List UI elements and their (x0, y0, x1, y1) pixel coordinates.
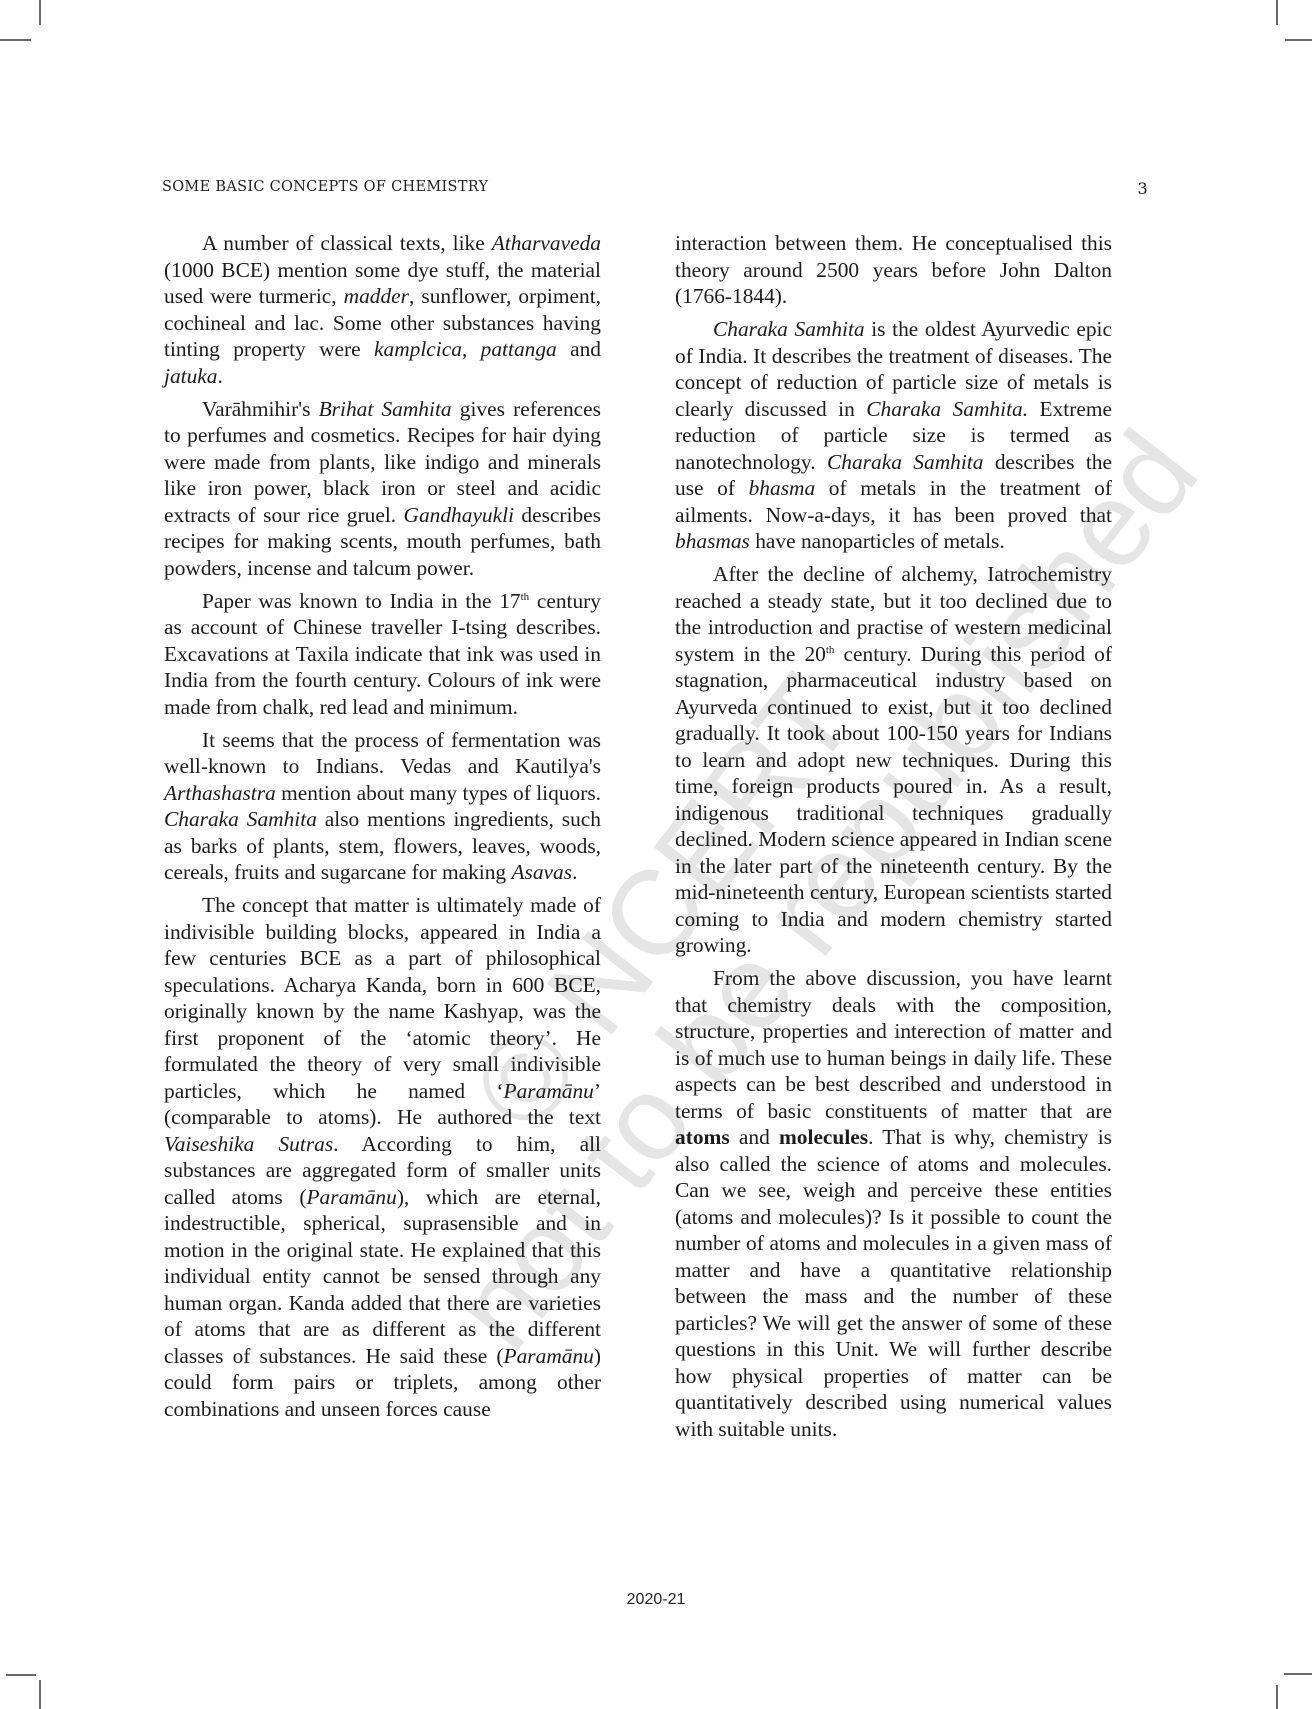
crop-mark-bottom-right-horizontal (1284, 1673, 1312, 1675)
crop-mark-bottom-left-vertical (39, 1680, 41, 1709)
running-header: SOME BASIC CONCEPTS OF CHEMISTRY 3 (150, 179, 1056, 201)
crop-mark-top-right-vertical (1276, 0, 1278, 25)
crop-mark-bottom-left-horizontal (6, 1674, 36, 1676)
page-number: 3 (1138, 179, 1148, 198)
paragraph-summary: From the above discussion, you have lear… (675, 965, 1112, 1442)
paragraph-atomic-theory: The concept that matter is ultimately ma… (164, 892, 601, 1422)
crop-mark-top-right-horizontal (1285, 39, 1312, 41)
paragraph-paper-ink: Paper was known to India in the 17th cen… (164, 588, 601, 721)
paragraph-dyes: A number of classical texts, like Atharv… (164, 230, 601, 389)
paragraph-fermentation: It seems that the process of fermentatio… (164, 727, 601, 886)
running-title: SOME BASIC CONCEPTS OF CHEMISTRY (162, 179, 488, 195)
crop-mark-top-left-vertical (39, 0, 41, 25)
left-column: A number of classical texts, like Atharv… (164, 230, 601, 1429)
paragraph-charaka-samhita: Charaka Samhita is the oldest Ayurvedic … (675, 316, 1112, 555)
right-column: interaction between them. He conceptuali… (675, 230, 1112, 1449)
crop-mark-top-left-horizontal (0, 39, 31, 41)
paragraph-iatrochemistry: After the decline of alchemy, Iatrochemi… (675, 561, 1112, 959)
term-atoms: atoms (675, 1125, 730, 1149)
paragraph-continuation: interaction between them. He conceptuali… (675, 230, 1112, 310)
term-molecules: molecules (779, 1125, 868, 1149)
crop-mark-bottom-right-vertical (1276, 1685, 1278, 1709)
edition-footer: 2020-21 (0, 1591, 1312, 1609)
paragraph-perfumes: Varāhmihir's Brihat Samhita gives refere… (164, 396, 601, 582)
